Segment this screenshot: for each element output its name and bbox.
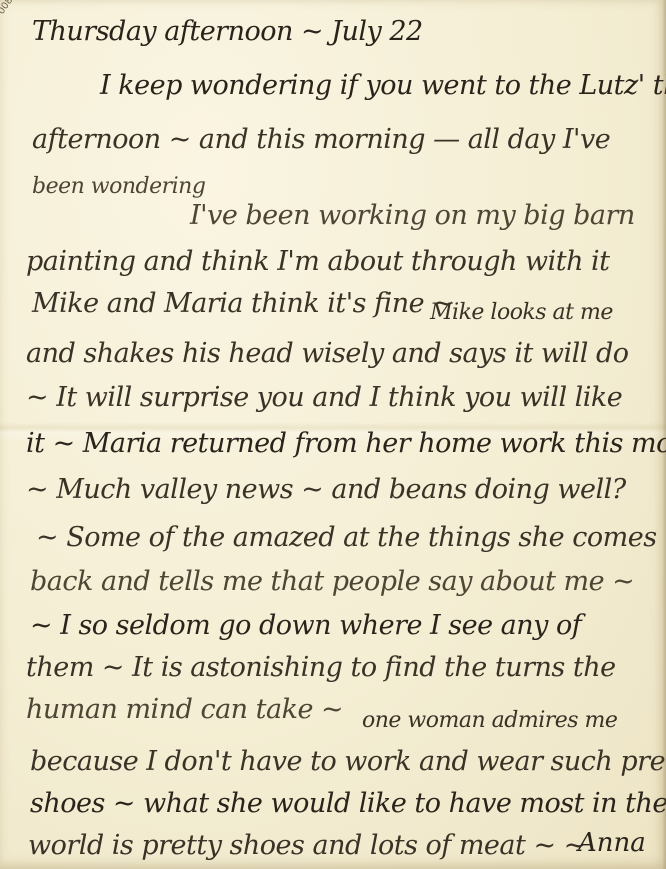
- letter-line: because I don't have to work and wear su…: [30, 748, 666, 775]
- letter-line: afternoon ~ and this morning — all day I…: [32, 126, 610, 153]
- letter-line: human mind can take ~: [26, 696, 343, 723]
- letter-line: them ~ It is astonishing to find the tur…: [26, 654, 616, 681]
- letter-line: been wondering: [32, 176, 205, 198]
- letter-line: ~ I so seldom go down where I see any of: [30, 612, 581, 639]
- letter-line: I've been working on my big barn: [190, 202, 635, 229]
- letter-line: one woman admires me: [362, 710, 617, 732]
- letter-line: it ~ Maria returned from her home work t…: [26, 430, 666, 457]
- letter-line: shoes ~ what she would like to have most…: [30, 790, 666, 817]
- letter-line: Mike and Maria think it's fine ~: [32, 290, 454, 317]
- letter-page: 0081 Thursday afternoon ~ July 22 I keep…: [0, 0, 666, 869]
- letter-line: ~ Some of the amazed at the things she c…: [36, 524, 657, 551]
- signature: Anna: [578, 828, 646, 858]
- letter-line: and shakes his head wisely and says it w…: [26, 340, 629, 367]
- letter-line: back and tells me that people say about …: [30, 568, 634, 595]
- archive-number: 0081: [0, 0, 19, 16]
- letter-line: ~ Much valley news ~ and beans doing wel…: [26, 476, 626, 503]
- letter-line: Mike looks at me: [430, 302, 613, 324]
- letter-line: painting and think I'm about through wit…: [26, 248, 610, 275]
- letter-line: I keep wondering if you went to the Lutz…: [100, 72, 666, 99]
- letter-line: ~ It will surprise you and I think you w…: [26, 384, 622, 411]
- paper-edge: [662, 0, 666, 869]
- letter-line: world is pretty shoes and lots of meat ~…: [28, 832, 586, 859]
- letter-heading: Thursday afternoon ~ July 22: [32, 18, 423, 45]
